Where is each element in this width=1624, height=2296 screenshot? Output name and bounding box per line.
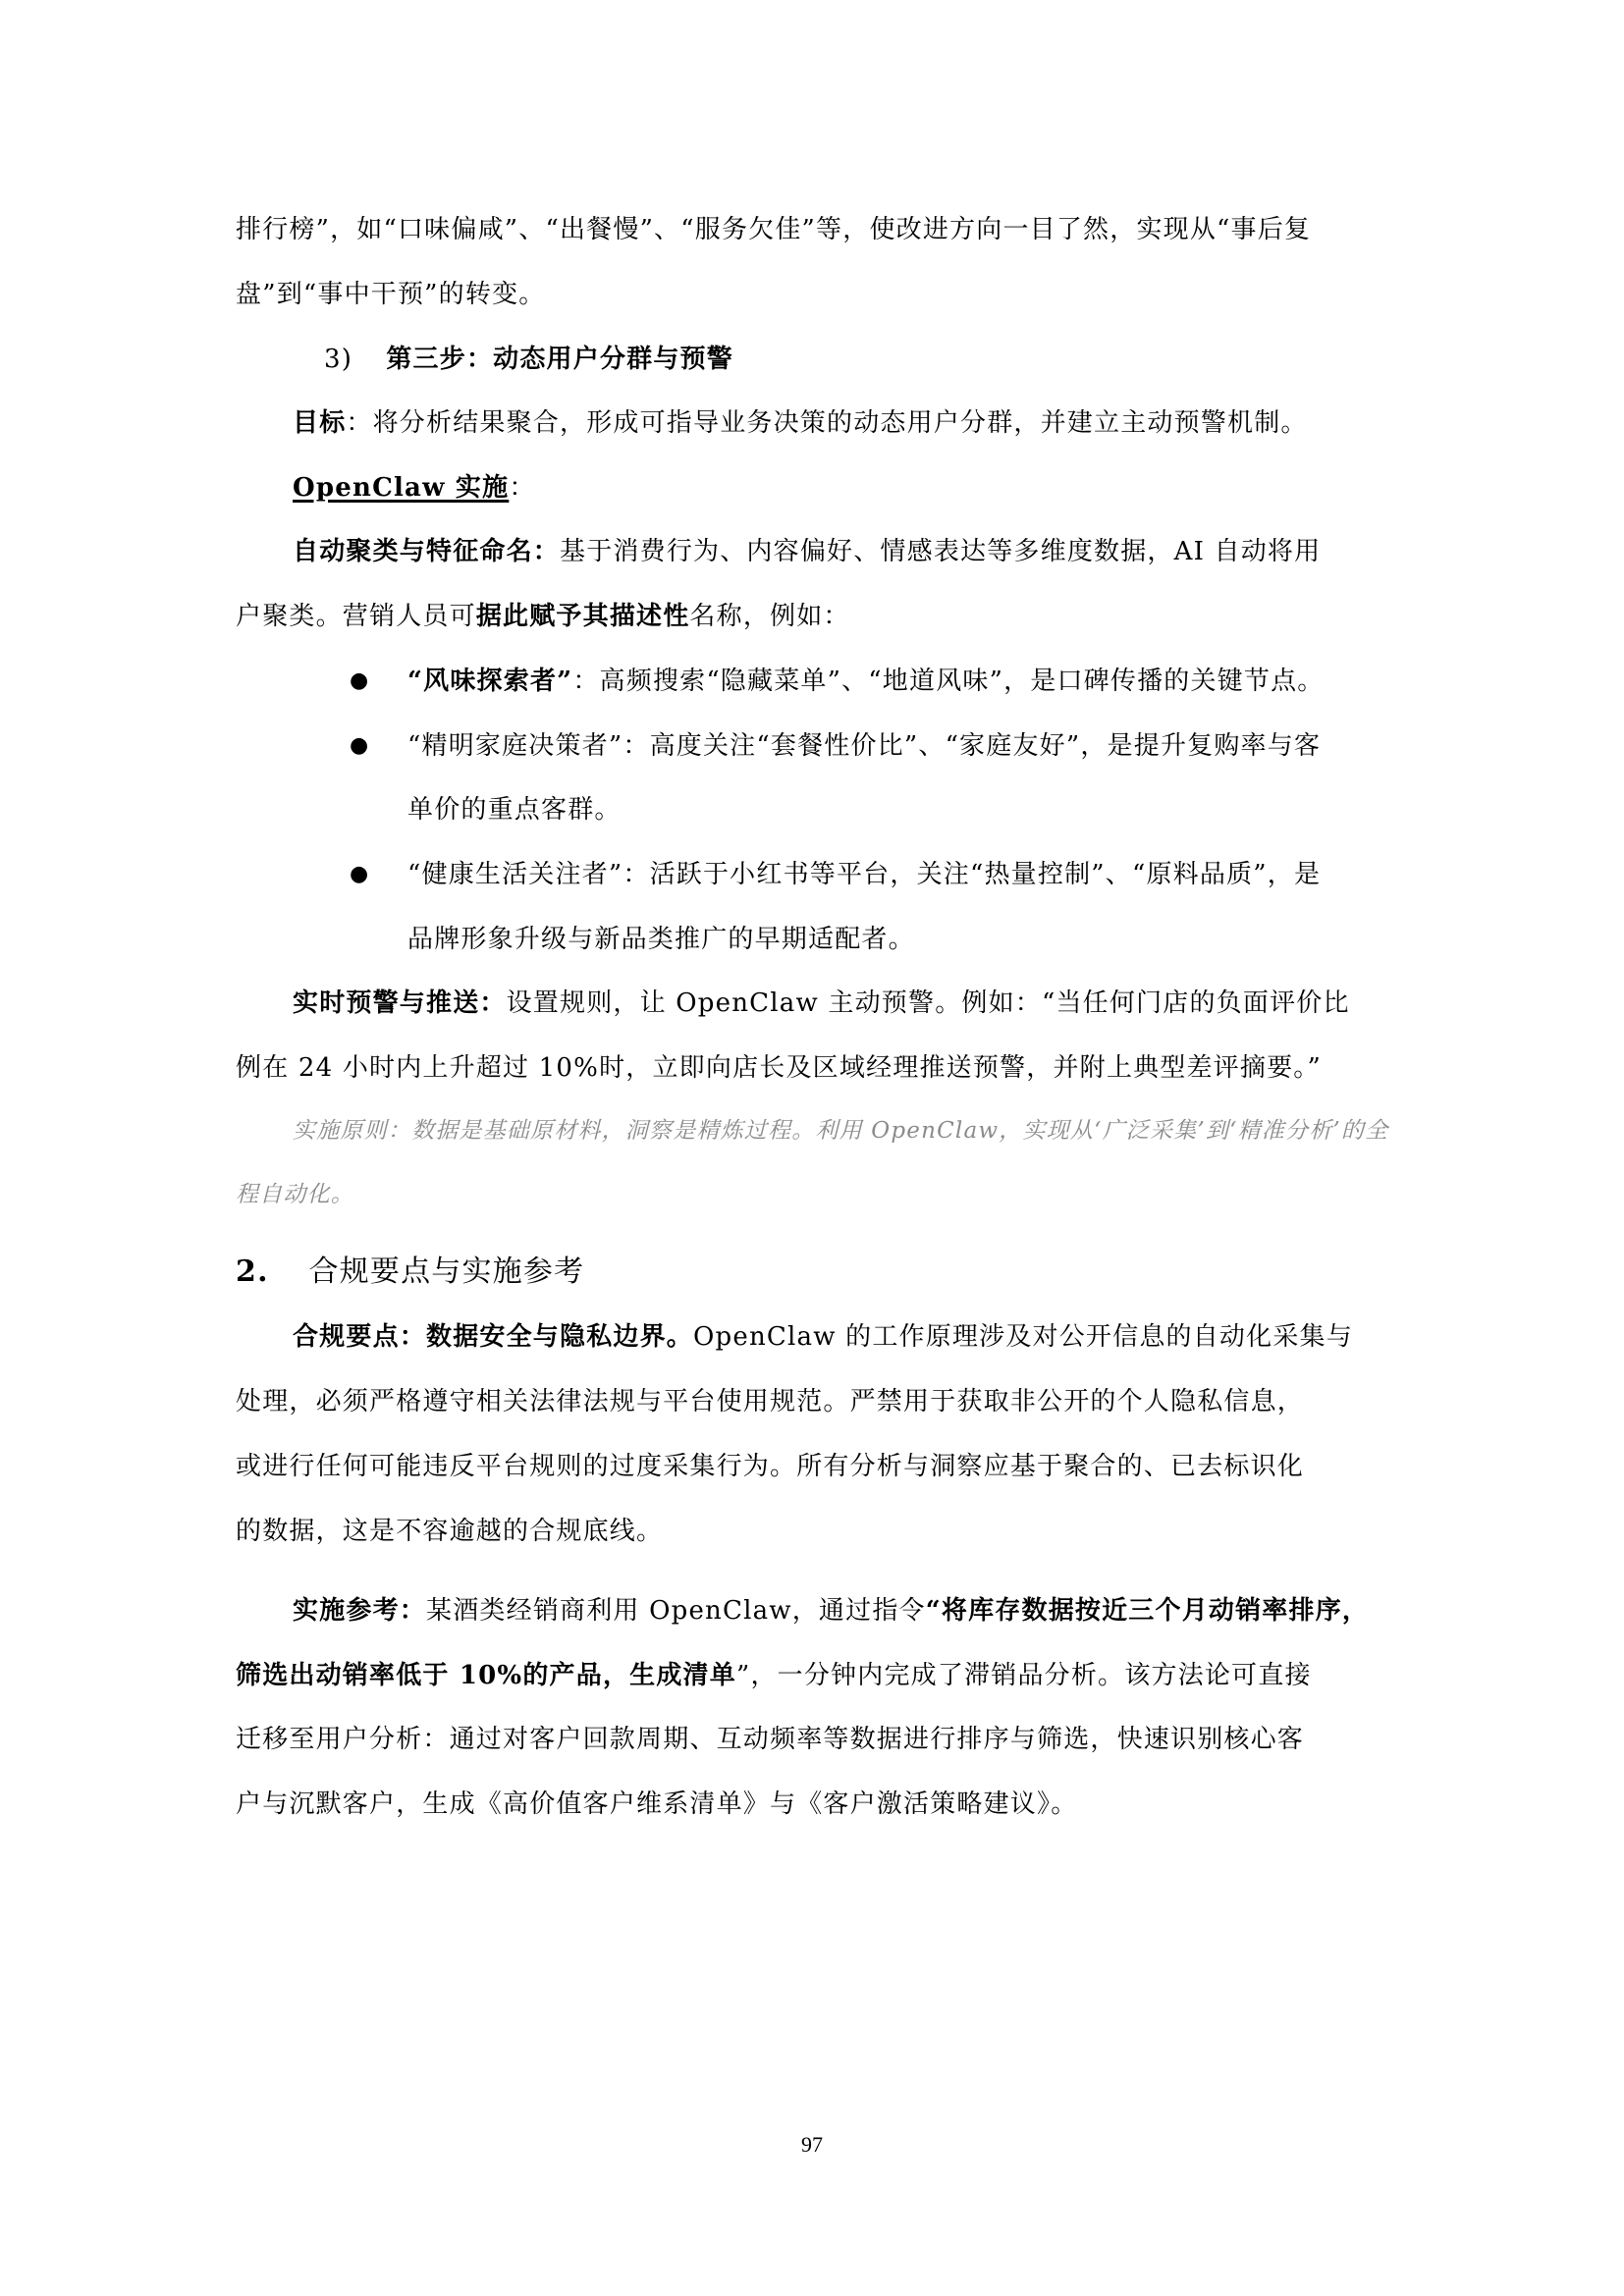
impl-heading-colon: ： — [509, 473, 535, 503]
alert-paragraph: 实时预警与推送：设置规则，让 OpenClaw 主动预警。例如：“当任何门店的负… — [293, 987, 1350, 1020]
impl-heading-label: OpenClaw 实施 — [293, 473, 509, 503]
bullet-item-cont: 单价的重点客群。 — [407, 793, 622, 827]
reference-label: 实施参考： — [293, 1596, 426, 1626]
step-number: 3) — [324, 345, 352, 374]
reference-text: 某酒类经销商利用 OpenClaw，通过指令 — [426, 1596, 926, 1626]
goal-paragraph: 目标：将分析结果聚合，形成可指导业务决策的动态用户分群，并建立主动预警机制。 — [293, 406, 1308, 440]
reference-quote-cont: 筛选出动销率低于 10%的产品，生成清单 — [236, 1661, 736, 1690]
cluster-text: 基于消费行为、内容偏好、情感表达等多维度数据，AI 自动将用 — [560, 537, 1321, 566]
section-heading: 2. 合规要点与实施参考 — [236, 1253, 584, 1292]
section-number: 2. — [236, 1255, 269, 1289]
bullet-item: “健康生活关注者”：活跃于小红书等平台，关注“热量控制”、“原料品质”，是 — [407, 858, 1321, 891]
reference-line: 迁移至用户分析：通过对客户回款周期、互动频率等数据进行排序与筛选，快速识别核心客 — [236, 1723, 1304, 1756]
step-title: 第三步：动态用户分群与预警 — [386, 345, 733, 374]
reference-quote: “将库存数据按近三个月动销率排序， — [926, 1596, 1369, 1626]
goal-label: 目标 — [293, 408, 346, 438]
compliance-label: 合规要点：数据安全与隐私边界。 — [293, 1322, 693, 1352]
reference-line: 筛选出动销率低于 10%的产品，生成清单”，一分钟内完成了滞销品分析。该方法论可… — [236, 1659, 1312, 1692]
compliance-paragraph: 合规要点：数据安全与隐私边界。OpenClaw 的工作原理涉及对公开信息的自动化… — [293, 1320, 1353, 1354]
impl-heading: OpenClaw 实施： — [293, 471, 536, 505]
reference-text-cont: ”，一分钟内完成了滞销品分析。该方法论可直接 — [736, 1661, 1312, 1690]
compliance-line: 或进行任何可能违反平台规则的过度采集行为。所有分析与洞察应基于聚合的、已去标识化 — [236, 1450, 1304, 1483]
goal-text: ：将分析结果聚合，形成可指导业务决策的动态用户分群，并建立主动预警机制。 — [346, 408, 1307, 438]
bullet-icon: ● — [350, 858, 368, 891]
cluster-paragraph: 自动聚类与特征命名：基于消费行为、内容偏好、情感表达等多维度数据，AI 自动将用 — [293, 535, 1321, 568]
cluster-paragraph-cont: 户聚类。营销人员可据此赋予其描述性名称，例如： — [236, 600, 850, 633]
compliance-line: 处理，必须严格遵守相关法律法规与平台使用规范。严禁用于获取非公开的个人隐私信息， — [236, 1385, 1304, 1418]
principle-note: 实施原则：数据是基础原材料，洞察是精炼过程。利用 OpenClaw，实现从‘广泛… — [293, 1114, 1388, 1148]
reference-line: 户与沉默客户，生成《高价值客户维系清单》与《客户激活策略建议》。 — [236, 1788, 1077, 1821]
paragraph-line: 排行榜”，如“口味偏咸”、“出餐慢”、“服务欠佳”等，使改进方向一目了然，实现从… — [236, 213, 1311, 246]
page-number: 97 — [0, 2132, 1624, 2158]
cluster-label: 自动聚类与特征命名： — [293, 537, 560, 566]
cluster-text-c: 名称，例如： — [689, 602, 849, 631]
step-heading: 3) 第三步：动态用户分群与预警 — [324, 343, 733, 376]
alert-text: 设置规则，让 OpenClaw 主动预警。例如：“当任何门店的负面评价比 — [507, 988, 1350, 1018]
principle-note-cont: 程自动化。 — [236, 1178, 354, 1211]
section-title: 合规要点与实施参考 — [308, 1255, 584, 1289]
reference-paragraph: 实施参考：某酒类经销商利用 OpenClaw，通过指令“将库存数据按近三个月动销… — [293, 1594, 1369, 1628]
bullet-item-cont: 品牌形象升级与新品类推广的早期适配者。 — [407, 923, 915, 956]
compliance-text: OpenClaw 的工作原理涉及对公开信息的自动化采集与 — [693, 1322, 1353, 1352]
bullet-text: ：高频搜索“隐藏菜单”、“地道风味”，是口碑传播的关键节点。 — [572, 667, 1324, 696]
document-page: 排行榜”，如“口味偏咸”、“出餐慢”、“服务欠佳”等，使改进方向一目了然，实现从… — [0, 0, 1624, 2296]
cluster-text-a: 户聚类。营销人员可 — [236, 602, 476, 631]
alert-paragraph-cont: 例在 24 小时内上升超过 10%时，立即向店长及区域经理推送预警，并附上典型差… — [236, 1051, 1322, 1085]
cluster-text-bold: 据此赋予其描述性 — [476, 602, 690, 631]
bullet-item: “精明家庭决策者”：高度关注“套餐性价比”、“家庭友好”，是提升复购率与客 — [407, 729, 1321, 763]
bullet-icon: ● — [350, 665, 368, 698]
bullet-icon: ● — [350, 729, 368, 763]
bullet-name: “风味探索者” — [407, 667, 572, 696]
paragraph-line: 盘”到“事中干预”的转变。 — [236, 278, 545, 311]
alert-label: 实时预警与推送： — [293, 988, 507, 1018]
compliance-line: 的数据，这是不容逾越的合规底线。 — [236, 1515, 663, 1548]
bullet-item: “风味探索者”：高频搜索“隐藏菜单”、“地道风味”，是口碑传播的关键节点。 — [407, 665, 1324, 698]
